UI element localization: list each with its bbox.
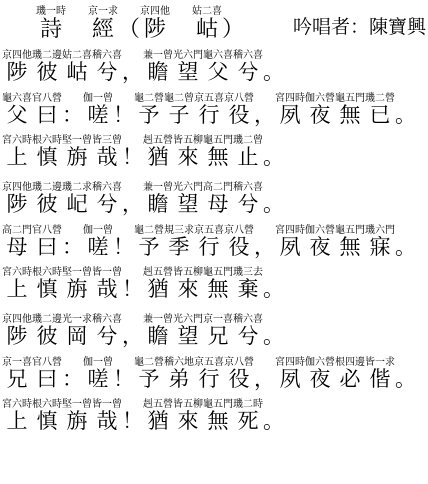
poem-title: 詩璣一時 經京一求（陟京四他 岵姑二喜） — [36, 6, 244, 40]
verse-character: 母 — [2, 235, 32, 259]
phonetic-annotation: 璣二曾 — [233, 135, 263, 146]
verse-character: 慎 — [32, 145, 62, 169]
punctuation: ： — [62, 104, 83, 127]
verse-character: 望 — [173, 60, 203, 84]
syllable: 兄京一喜 — [2, 367, 32, 391]
verse-character: 哉 — [92, 277, 122, 301]
verse-character: 哉 — [92, 145, 122, 169]
verse-character: 夙 — [275, 103, 305, 127]
verse-character: 上 — [2, 145, 32, 169]
syllable: 季規三求 — [164, 235, 194, 259]
verse-character: 彼 — [32, 60, 62, 84]
verse-character: 行 — [194, 235, 224, 259]
syllable: 父龜六喜 — [203, 60, 233, 84]
phonetic-annotation: 璣二時 — [233, 399, 263, 410]
syllable: 來皆五柳 — [173, 409, 203, 433]
phonetic-annotation: 伽一曾 — [83, 225, 113, 236]
syllable: 役京八營 — [224, 367, 254, 391]
verse-character: 止 — [233, 145, 263, 169]
phonetic-annotation: 龜二曾 — [164, 93, 194, 104]
phonetic-annotation: 光一求 — [62, 314, 92, 325]
phonetic-annotation: 宮四時 — [275, 357, 305, 368]
syllable: 曰官八營 — [32, 367, 62, 391]
syllable: 棄璣三去 — [233, 277, 263, 301]
syllable: 曰官八營 — [32, 235, 62, 259]
syllable: 役京八營 — [224, 103, 254, 127]
syllable: 哉皆三曾 — [92, 145, 122, 169]
phonetic-annotation: 官八營 — [32, 357, 62, 368]
phonetic-annotation: 京一喜 — [2, 357, 32, 368]
syllable: 行京五喜 — [194, 367, 224, 391]
syllable: 夜伽六營 — [305, 235, 335, 259]
syllable: 望光六門 — [173, 60, 203, 84]
verse-character: 父 — [203, 60, 233, 84]
punctuation: ， — [254, 104, 275, 127]
title-row: 詩璣一時 經京一求（陟京四他 岵姑二喜） 吟唱者：陳寶興 — [2, 6, 428, 40]
verse-character: 來 — [173, 409, 203, 433]
phonetic-annotation: 京四他 — [140, 6, 170, 17]
syllable: 役京八營 — [224, 235, 254, 259]
phonetic-annotation: 根六時 — [32, 399, 62, 410]
phonetic-annotation: 赳五營 — [143, 267, 173, 278]
phonetic-annotation: 兼一曾 — [143, 314, 173, 325]
syllable: 無龜五門 — [203, 409, 233, 433]
punctuation: ： — [62, 368, 83, 391]
punctuation: ） — [222, 17, 244, 40]
verse-character: 無 — [203, 277, 233, 301]
phonetic-annotation: 京一求 — [88, 6, 118, 17]
verse-character: 瞻 — [143, 324, 173, 348]
syllable: 哉皆一曾 — [92, 277, 122, 301]
verse-character: 嗟 — [83, 235, 113, 259]
phonetic-annotation: 根六時 — [32, 267, 62, 278]
singer-credit: 吟唱者：陳寶興 — [293, 18, 426, 39]
verse-character: 哉 — [92, 409, 122, 433]
phonetic-annotation: 龜六喜 — [203, 50, 233, 61]
syllable: 偕皆一求 — [365, 367, 395, 391]
phonetic-annotation: 宮六時 — [2, 399, 32, 410]
phonetic-annotation: 稽六喜 — [92, 50, 122, 61]
verse-character: 兄 — [2, 367, 32, 391]
syllable: 無龜五門 — [335, 103, 365, 127]
verse-character: 彼 — [32, 324, 62, 348]
phonetic-annotation: 璣二邊 — [32, 50, 62, 61]
verse-character: 猶 — [143, 409, 173, 433]
syllable: 陟京四他 — [2, 324, 32, 348]
syllable: 弟稽六地 — [164, 367, 194, 391]
verse-character: 來 — [173, 145, 203, 169]
syllable: 猶赳五營 — [143, 409, 173, 433]
page-root: 詩璣一時 經京一求（陟京四他 岵姑二喜） 吟唱者：陳寶興 陟京四他彼璣二邊岵姑二… — [0, 0, 428, 484]
phonetic-annotation: 京四他 — [2, 50, 32, 61]
phonetic-annotation: 皆五柳 — [173, 267, 203, 278]
phonetic-annotation: 宮四時 — [275, 225, 305, 236]
punctuation: ！ — [122, 146, 143, 169]
phonetic-annotation: 龜五門 — [335, 93, 365, 104]
syllable: 來皆五柳 — [173, 277, 203, 301]
phonetic-annotation: 兼一曾 — [143, 50, 173, 61]
punctuation: （ — [118, 17, 140, 40]
phonetic-annotation: 宮四時 — [275, 93, 305, 104]
syllable: 夙宮四時 — [275, 103, 305, 127]
syllable: 曰官八營 — [32, 103, 62, 127]
phonetic-annotation: 高二門 — [2, 225, 32, 236]
phonetic-annotation: 赳五營 — [143, 399, 173, 410]
syllable: 經京一求 — [88, 16, 118, 41]
syllable: 彼璣二邊 — [32, 324, 62, 348]
syllable: 兮稽六喜 — [92, 192, 122, 216]
verse-character: 子 — [164, 103, 194, 127]
syllable: 上宮六時 — [2, 277, 32, 301]
phonetic-annotation: 京八營 — [224, 357, 254, 368]
syllable: 夜伽六營 — [305, 367, 335, 391]
verse-character: 夙 — [275, 235, 305, 259]
syllable: 岵姑二喜 — [192, 16, 222, 41]
verse-character: 予 — [134, 367, 164, 391]
syllable: 望光六門 — [173, 324, 203, 348]
verse-character: 上 — [2, 277, 32, 301]
syllable: 瞻兼一曾 — [143, 192, 173, 216]
syllable: 寐璣六門 — [365, 235, 395, 259]
verse-line: 上宮六時慎根六時旃堅一曾哉皆三曾！猶赳五營來皆五柳無龜五門止璣二曾。 — [2, 135, 428, 169]
phonetic-annotation: 光六門 — [173, 182, 203, 193]
punctuation: ！ — [113, 104, 134, 127]
syllable: 彼璣二邊 — [32, 192, 62, 216]
syllable: 兮稽六喜 — [92, 60, 122, 84]
phonetic-annotation: 稽六喜 — [92, 314, 122, 325]
verse-character: 曰 — [32, 235, 62, 259]
verse-line: 上宮六時慎根六時旃堅一曾哉皆一曾！猶赳五營來皆五柳無龜五門死璣二時。 — [2, 399, 428, 433]
verse-line: 陟京四他彼璣二邊岵姑二喜兮稽六喜，瞻兼一曾望光六門父龜六喜兮稽六喜。 — [2, 50, 428, 84]
verse-character: 役 — [224, 367, 254, 391]
syllable: 無龜五門 — [335, 235, 365, 259]
phonetic-annotation: 京四他 — [2, 182, 32, 193]
verse-character: 行 — [194, 103, 224, 127]
phonetic-annotation: 璣二求 — [62, 182, 92, 193]
syllable: 兮稽六喜 — [233, 192, 263, 216]
syllable: 嗟伽一曾 — [83, 235, 113, 259]
syllable: 屺璣二求 — [62, 192, 92, 216]
phonetic-annotation: 堅一曾 — [62, 399, 92, 410]
syllable: 無龜五門 — [203, 145, 233, 169]
verse-character: 夜 — [305, 367, 335, 391]
verse-character: 夜 — [305, 103, 335, 127]
syllable: 慎根六時 — [32, 277, 62, 301]
phonetic-annotation: 龜五門 — [203, 267, 233, 278]
punctuation: 。 — [263, 61, 284, 84]
punctuation: ！ — [122, 278, 143, 301]
phonetic-annotation: 龜二營 — [134, 93, 164, 104]
phonetic-annotation: 京五喜 — [194, 93, 224, 104]
syllable: 詩璣一時 — [36, 16, 66, 41]
verse-lines: 陟京四他彼璣二邊岵姑二喜兮稽六喜，瞻兼一曾望光六門父龜六喜兮稽六喜。父龜六喜曰官… — [2, 50, 428, 433]
punctuation — [170, 17, 192, 40]
punctuation: 。 — [263, 410, 284, 433]
syllable: 予龜二營 — [134, 367, 164, 391]
verse-character: 役 — [224, 235, 254, 259]
syllable: 旃堅一曾 — [62, 409, 92, 433]
verse-character: 瞻 — [143, 192, 173, 216]
verse-character: 旃 — [62, 145, 92, 169]
verse-character: 予 — [134, 103, 164, 127]
phonetic-annotation: 光六門 — [173, 314, 203, 325]
syllable: 上宮六時 — [2, 409, 32, 433]
phonetic-annotation: 規三求 — [164, 225, 194, 236]
syllable: 必根四邊 — [335, 367, 365, 391]
verse-character: 無 — [203, 145, 233, 169]
verse-character: 死 — [233, 409, 263, 433]
punctuation: ， — [122, 325, 143, 348]
verse-line: 陟京四他彼璣二邊岡光一求兮稽六喜，瞻兼一曾望光六門兄京一喜兮稽六喜。 — [2, 314, 428, 348]
verse-line: 上宮六時慎根六時旃堅一曾哉皆一曾！猶赳五營來皆五柳無龜五門棄璣三去。 — [2, 267, 428, 301]
phonetic-annotation: 官八營 — [32, 225, 62, 236]
phonetic-annotation: 京五喜 — [194, 357, 224, 368]
verse-character: 兄 — [203, 324, 233, 348]
phonetic-annotation: 璣六門 — [365, 225, 395, 236]
syllable: 陟京四他 — [2, 60, 32, 84]
phonetic-annotation: 龜六喜 — [2, 93, 32, 104]
verse-character: 役 — [224, 103, 254, 127]
verse-character: 慎 — [32, 409, 62, 433]
phonetic-annotation: 皆五柳 — [173, 399, 203, 410]
phonetic-annotation: 京八營 — [224, 93, 254, 104]
punctuation: 。 — [263, 325, 284, 348]
verse-character: 夙 — [275, 367, 305, 391]
phonetic-annotation: 皆一求 — [365, 357, 395, 368]
syllable: 哉皆一曾 — [92, 409, 122, 433]
syllable: 彼璣二邊 — [32, 60, 62, 84]
syllable: 父龜六喜 — [2, 103, 32, 127]
verse-character: 望 — [173, 324, 203, 348]
phonetic-annotation: 光六門 — [173, 50, 203, 61]
punctuation: 。 — [395, 368, 416, 391]
punctuation: 。 — [263, 193, 284, 216]
syllable: 旃堅一曾 — [62, 145, 92, 169]
syllable: 猶赳五營 — [143, 145, 173, 169]
verse-character: 詩 — [36, 16, 66, 41]
syllable: 岵姑二喜 — [62, 60, 92, 84]
syllable: 岡光一求 — [62, 324, 92, 348]
verse-character: 兮 — [92, 60, 122, 84]
verse-character: 棄 — [233, 277, 263, 301]
syllable: 母高二門 — [203, 192, 233, 216]
phonetic-annotation: 伽六營 — [305, 93, 335, 104]
verse-character: 彼 — [32, 192, 62, 216]
verse-character: 經 — [88, 16, 118, 41]
phonetic-annotation: 伽六營 — [305, 357, 335, 368]
verse-character: 予 — [134, 235, 164, 259]
phonetic-annotation: 皆一曾 — [92, 267, 122, 278]
verse-line: 陟京四他彼璣二邊屺璣二求兮稽六喜，瞻兼一曾望光六門母高二門兮稽六喜。 — [2, 182, 428, 216]
syllable: 夜伽六營 — [305, 103, 335, 127]
syllable: 上宮六時 — [2, 145, 32, 169]
verse-character: 行 — [194, 367, 224, 391]
phonetic-annotation: 皆一曾 — [92, 399, 122, 410]
phonetic-annotation: 皆三曾 — [92, 135, 122, 146]
verse-character: 弟 — [164, 367, 194, 391]
syllable: 嗟伽一曾 — [83, 367, 113, 391]
syllable: 行京五喜 — [194, 235, 224, 259]
phonetic-annotation: 高二門 — [203, 182, 233, 193]
verse-character: 陟 — [2, 324, 32, 348]
phonetic-annotation: 稽六喜 — [233, 50, 263, 61]
syllable: 陟京四他 — [2, 192, 32, 216]
punctuation — [66, 17, 88, 40]
verse-character: 瞻 — [143, 60, 173, 84]
verse-character: 無 — [335, 235, 365, 259]
syllable: 夙宮四時 — [275, 235, 305, 259]
verse-line: 父龜六喜曰官八營：嗟伽一曾！予龜二營子龜二曾行京五喜役京八營，夙宮四時夜伽六營無… — [2, 93, 428, 127]
syllable: 夙宮四時 — [275, 367, 305, 391]
syllable: 望光六門 — [173, 192, 203, 216]
phonetic-annotation: 龜五門 — [203, 399, 233, 410]
verse-character: 必 — [335, 367, 365, 391]
verse-character: 來 — [173, 277, 203, 301]
phonetic-annotation: 皆五柳 — [173, 135, 203, 146]
phonetic-annotation: 宮六時 — [2, 135, 32, 146]
syllable: 無龜五門 — [203, 277, 233, 301]
verse-line: 兄京一喜曰官八營：嗟伽一曾！予龜二營弟稽六地行京五喜役京八營，夙宮四時夜伽六營必… — [2, 357, 428, 391]
phonetic-annotation: 璣三去 — [233, 267, 263, 278]
phonetic-annotation: 京一喜 — [203, 314, 233, 325]
verse-character: 陟 — [140, 16, 170, 41]
verse-character: 兮 — [233, 60, 263, 84]
syllable: 子龜二曾 — [164, 103, 194, 127]
verse-character: 旃 — [62, 277, 92, 301]
phonetic-annotation: 璣二營 — [365, 93, 395, 104]
syllable: 予龜二營 — [134, 235, 164, 259]
verse-character: 曰 — [32, 103, 62, 127]
phonetic-annotation: 赳五營 — [143, 135, 173, 146]
phonetic-annotation: 稽六喜 — [233, 182, 263, 193]
verse-character: 望 — [173, 192, 203, 216]
verse-character: 岡 — [62, 324, 92, 348]
phonetic-annotation: 稽六喜 — [92, 182, 122, 193]
punctuation: 。 — [395, 104, 416, 127]
phonetic-annotation: 龜五門 — [203, 135, 233, 146]
syllable: 死璣二時 — [233, 409, 263, 433]
verse-character: 慎 — [32, 277, 62, 301]
verse-character: 陟 — [2, 60, 32, 84]
verse-character: 旃 — [62, 409, 92, 433]
syllable: 兮稽六喜 — [233, 60, 263, 84]
phonetic-annotation: 龜二營 — [134, 225, 164, 236]
punctuation: ！ — [122, 410, 143, 433]
syllable: 猶赳五營 — [143, 277, 173, 301]
syllable: 兮稽六喜 — [92, 324, 122, 348]
verse-character: 無 — [335, 103, 365, 127]
verse-character: 兮 — [233, 192, 263, 216]
punctuation: ！ — [113, 236, 134, 259]
phonetic-annotation: 璣一時 — [36, 6, 66, 17]
verse-character: 母 — [203, 192, 233, 216]
verse-character: 兮 — [92, 324, 122, 348]
verse-character: 猶 — [143, 277, 173, 301]
phonetic-annotation: 龜二營 — [134, 357, 164, 368]
punctuation: 。 — [263, 146, 284, 169]
syllable: 陟京四他 — [140, 16, 170, 41]
phonetic-annotation: 姑二喜 — [192, 6, 222, 17]
phonetic-annotation: 兼一曾 — [143, 182, 173, 193]
verse-character: 寐 — [365, 235, 395, 259]
phonetic-annotation: 堅一曾 — [62, 267, 92, 278]
phonetic-annotation: 伽一曾 — [83, 357, 113, 368]
verse-character: 嗟 — [83, 103, 113, 127]
verse-character: 曰 — [32, 367, 62, 391]
verse-character: 季 — [164, 235, 194, 259]
phonetic-annotation: 伽六營 — [305, 225, 335, 236]
syllable: 旃堅一曾 — [62, 277, 92, 301]
syllable: 慎根六時 — [32, 409, 62, 433]
verse-character: 偕 — [365, 367, 395, 391]
phonetic-annotation: 堅一曾 — [62, 135, 92, 146]
syllable: 兮稽六喜 — [233, 324, 263, 348]
punctuation: ： — [62, 236, 83, 259]
verse-character: 父 — [2, 103, 32, 127]
phonetic-annotation: 京五喜 — [194, 225, 224, 236]
phonetic-annotation: 稽六地 — [164, 357, 194, 368]
phonetic-annotation: 宮六時 — [2, 267, 32, 278]
syllable: 止璣二曾 — [233, 145, 263, 169]
verse-character: 兮 — [92, 192, 122, 216]
syllable: 兄京一喜 — [203, 324, 233, 348]
punctuation: ， — [122, 193, 143, 216]
punctuation: ， — [254, 368, 275, 391]
verse-character: 猶 — [143, 145, 173, 169]
phonetic-annotation: 璣二邊 — [32, 314, 62, 325]
syllable: 予龜二營 — [134, 103, 164, 127]
syllable: 母高二門 — [2, 235, 32, 259]
syllable: 慎根六時 — [32, 145, 62, 169]
punctuation: 。 — [263, 278, 284, 301]
punctuation: ， — [254, 236, 275, 259]
verse-character: 陟 — [2, 192, 32, 216]
phonetic-annotation: 官八營 — [32, 93, 62, 104]
phonetic-annotation: 伽一曾 — [83, 93, 113, 104]
phonetic-annotation: 京八營 — [224, 225, 254, 236]
verse-character: 岵 — [62, 60, 92, 84]
verse-line: 母高二門曰官八營：嗟伽一曾！予龜二營季規三求行京五喜役京八營，夙宮四時夜伽六營無… — [2, 225, 428, 259]
phonetic-annotation: 稽六喜 — [233, 314, 263, 325]
phonetic-annotation: 姑二喜 — [62, 50, 92, 61]
verse-character: 已 — [365, 103, 395, 127]
verse-character: 嗟 — [83, 367, 113, 391]
verse-character: 上 — [2, 409, 32, 433]
syllable: 瞻兼一曾 — [143, 60, 173, 84]
punctuation: 。 — [395, 236, 416, 259]
punctuation: ！ — [113, 368, 134, 391]
syllable: 嗟伽一曾 — [83, 103, 113, 127]
syllable: 行京五喜 — [194, 103, 224, 127]
verse-character: 無 — [203, 409, 233, 433]
syllable: 來皆五柳 — [173, 145, 203, 169]
phonetic-annotation: 龜五門 — [335, 225, 365, 236]
syllable: 已璣二營 — [365, 103, 395, 127]
verse-character: 屺 — [62, 192, 92, 216]
syllable: 瞻兼一曾 — [143, 324, 173, 348]
verse-character: 岵 — [192, 16, 222, 41]
phonetic-annotation: 京四他 — [2, 314, 32, 325]
verse-character: 兮 — [233, 324, 263, 348]
verse-character: 夜 — [305, 235, 335, 259]
punctuation: ， — [122, 61, 143, 84]
phonetic-annotation: 根六時 — [32, 135, 62, 146]
phonetic-annotation: 根四邊 — [335, 357, 365, 368]
phonetic-annotation: 璣二邊 — [32, 182, 62, 193]
